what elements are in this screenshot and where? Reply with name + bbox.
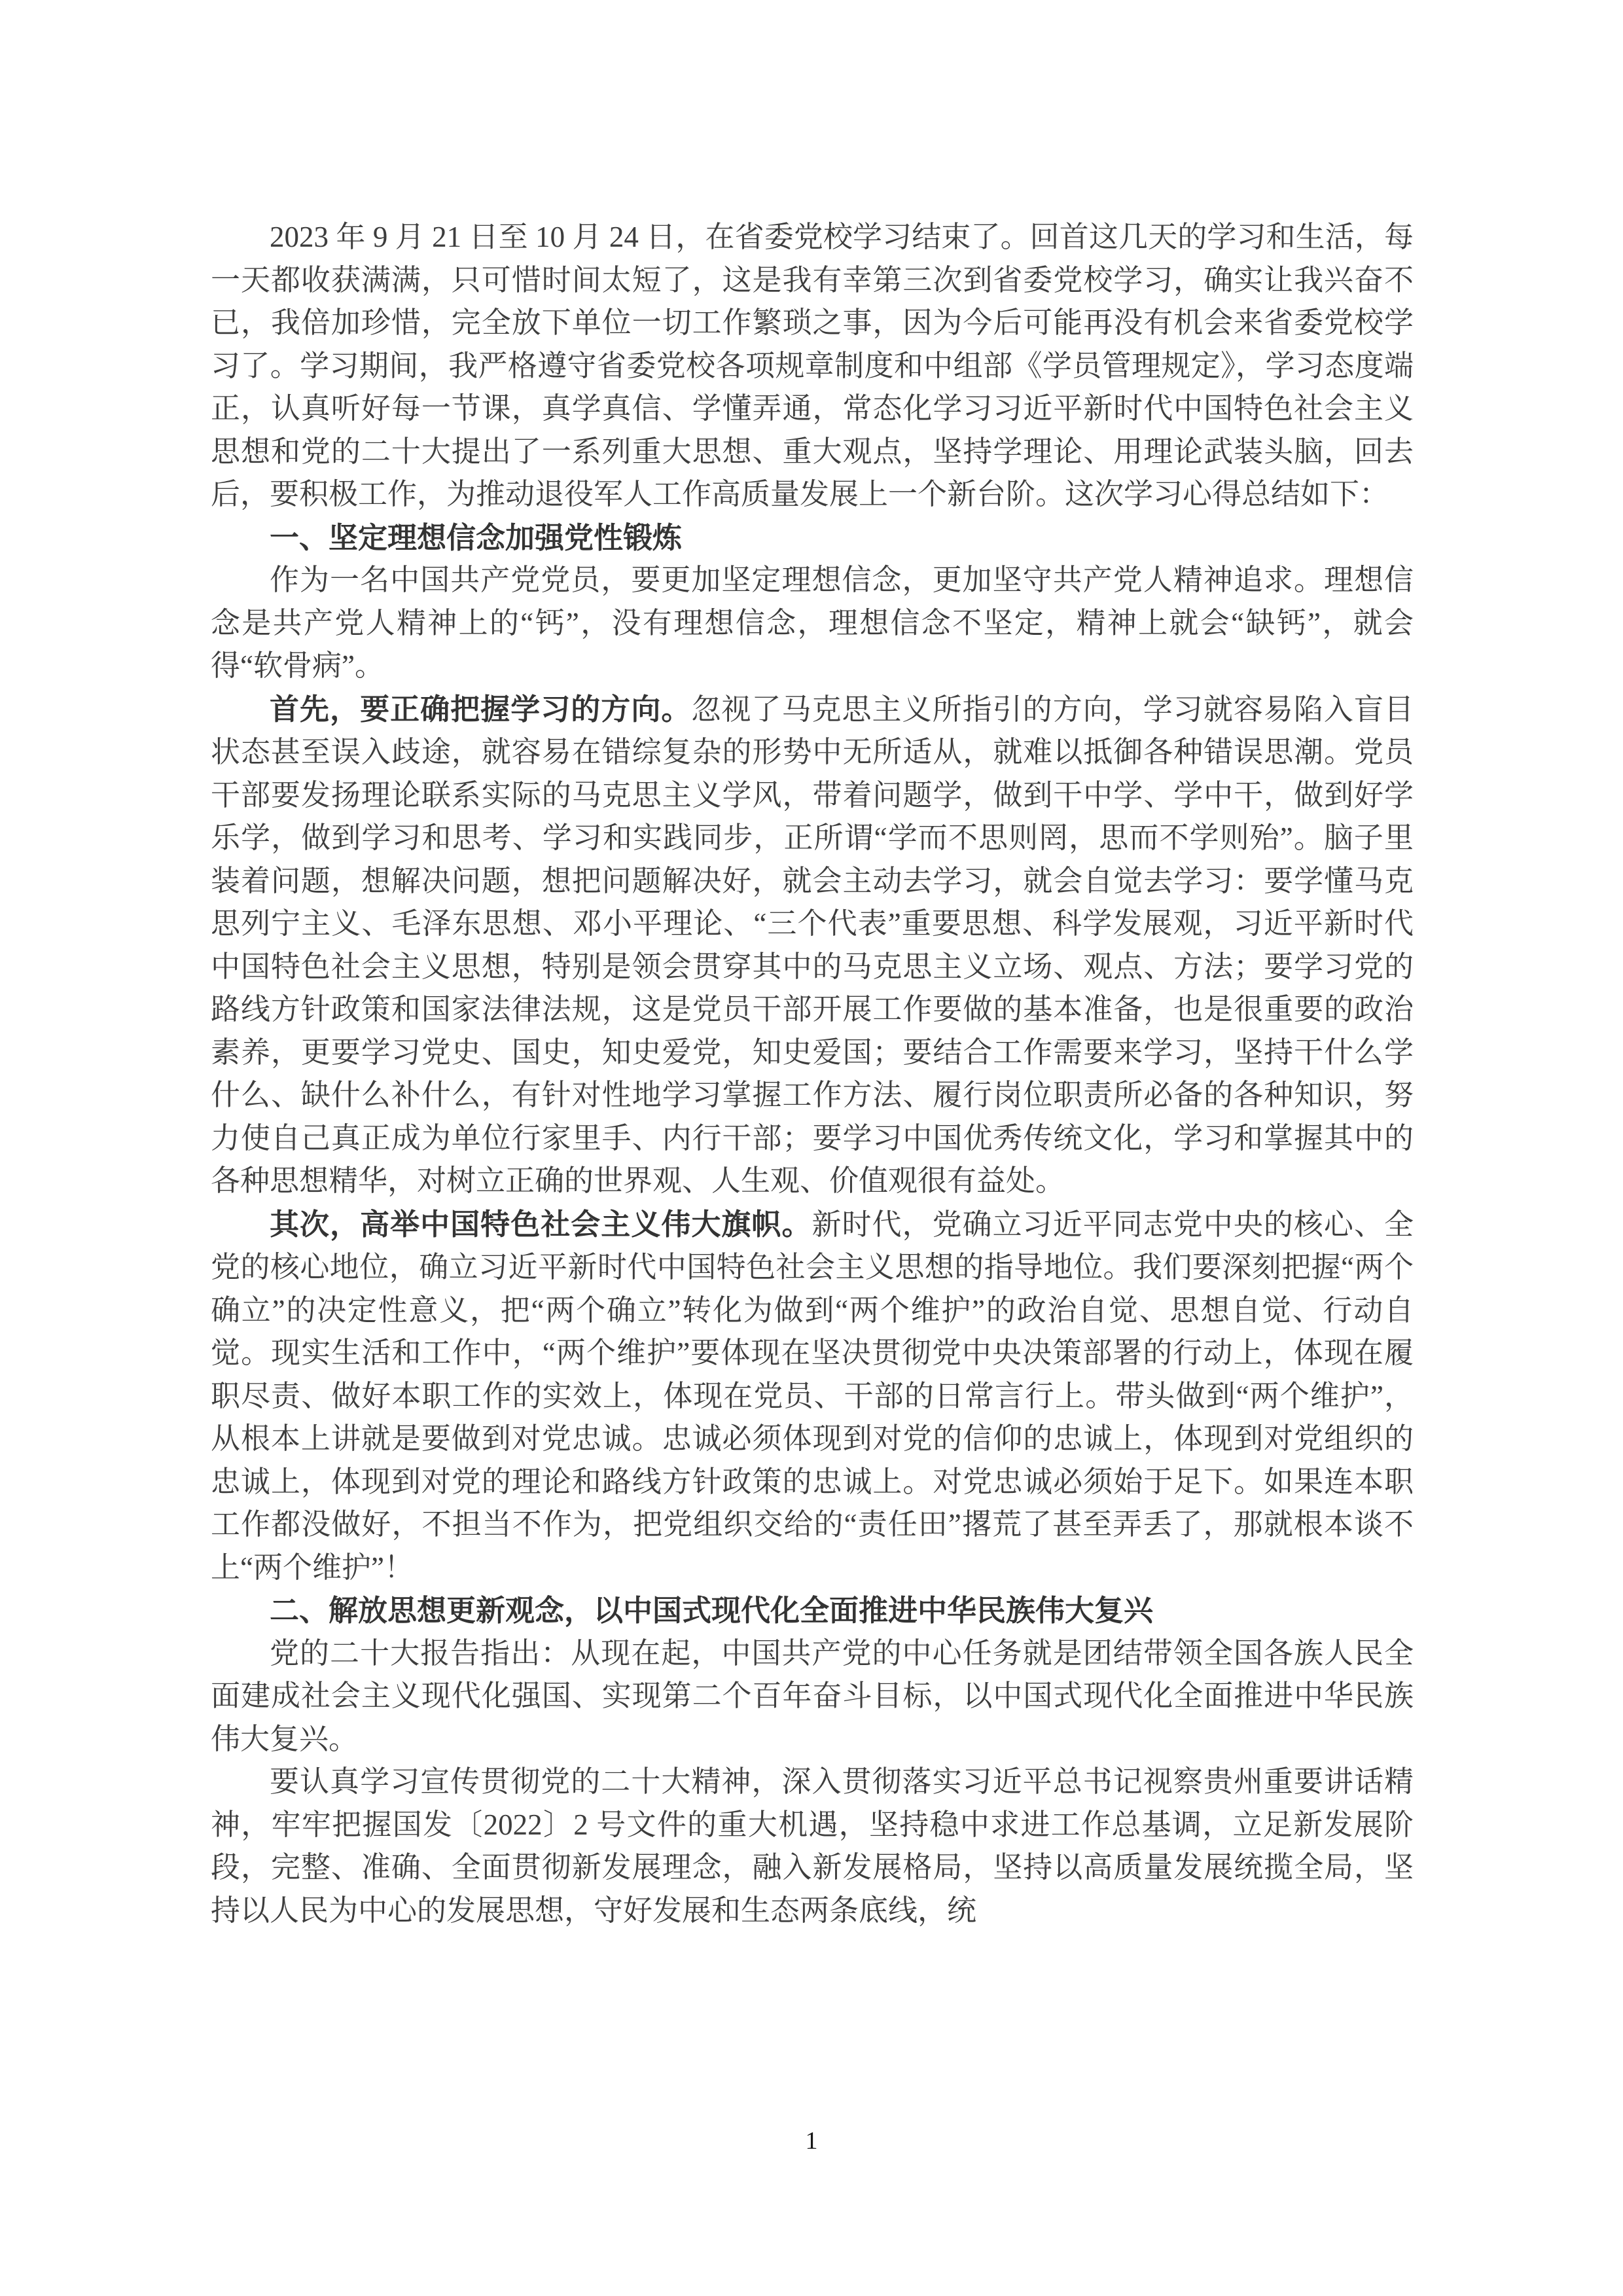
document-body: 2023 年 9 月 21 日至 10 月 24 日，在省委党校学习结束了。回首… bbox=[211, 216, 1414, 1932]
paragraph: 首先，要正确把握学习的方向。忽视了马克思主义所指引的方向，学习就容易陷入盲目状态… bbox=[211, 688, 1414, 1203]
page-footer: 1 bbox=[0, 2126, 1623, 2156]
paragraph: 党的二十大报告指出：从现在起，中国共产党的中心任务就是团结带领全国各族人民全面建… bbox=[211, 1632, 1414, 1761]
paragraph: 作为一名中国共产党党员，要更加坚定理想信念，更加坚守共产党人精神追求。理想信念是… bbox=[211, 559, 1414, 688]
section-heading: 二、解放思想更新观念，以中国式现代化全面推进中华民族伟大复兴 bbox=[211, 1589, 1414, 1632]
page-number: 1 bbox=[806, 2127, 818, 2155]
paragraph: 要认真学习宣传贯彻党的二十大精神，深入贯彻落实习近平总书记视察贵州重要讲话精神，… bbox=[211, 1761, 1414, 1932]
paragraph: 2023 年 9 月 21 日至 10 月 24 日，在省委党校学习结束了。回首… bbox=[211, 216, 1414, 516]
paragraph-lead: 其次，高举中国特色社会主义伟大旗帜。 bbox=[270, 1207, 811, 1242]
paragraph: 其次，高举中国特色社会主义伟大旗帜。新时代，党确立习近平同志党中央的核心、全党的… bbox=[211, 1203, 1414, 1590]
section-heading: 一、坚定理想信念加强党性锻炼 bbox=[211, 516, 1414, 560]
paragraph-lead: 首先，要正确把握学习的方向。 bbox=[270, 692, 691, 726]
document-page: 2023 年 9 月 21 日至 10 月 24 日，在省委党校学习结束了。回首… bbox=[0, 0, 1623, 2296]
